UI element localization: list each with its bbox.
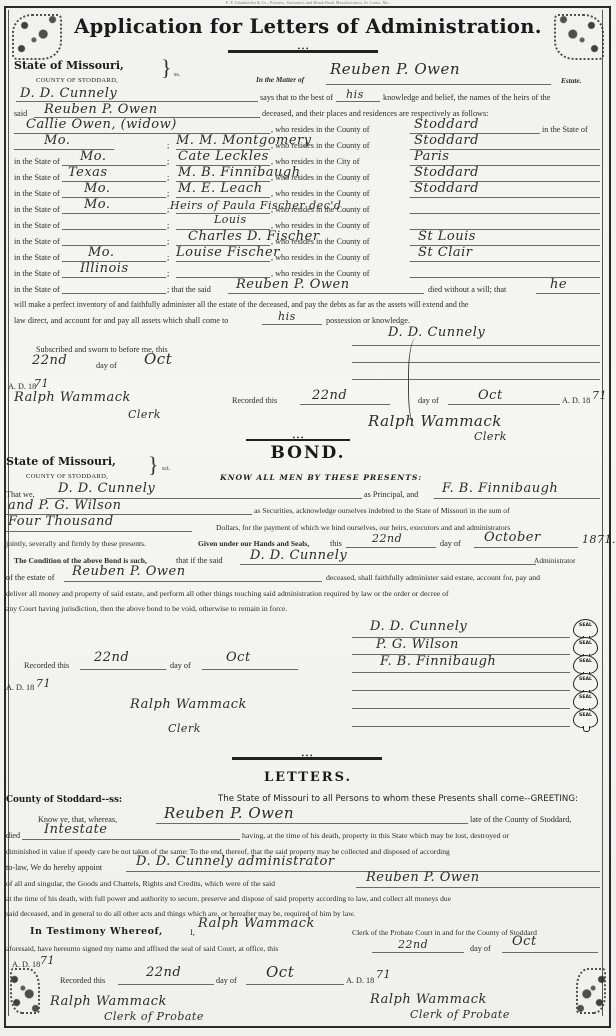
field-line bbox=[246, 984, 344, 985]
heir-state: Mo. bbox=[80, 149, 107, 164]
greeting-text: The State of Missouri to all Persons to … bbox=[218, 794, 578, 804]
pronoun-field-1: his bbox=[346, 88, 364, 101]
that-the-said: ; that the said bbox=[167, 285, 211, 294]
bond-recorded-year: 71 bbox=[36, 677, 51, 690]
testimony-i: I, bbox=[190, 928, 195, 937]
bond-year: 1871. bbox=[582, 533, 616, 546]
deliver-text: deliver all money and property of said e… bbox=[6, 589, 449, 598]
applicant-signature: D. D. Cunnely bbox=[388, 325, 485, 340]
bond-clerk-signature: Ralph Wammack bbox=[130, 697, 247, 712]
field-line bbox=[22, 839, 240, 840]
resides-county-text: , who resides in the County of bbox=[271, 253, 369, 262]
letters-recorded-label: Recorded this bbox=[60, 976, 105, 985]
knowledge-text: knowledge and belief, the names of the h… bbox=[383, 93, 550, 102]
testimony-clerk: Ralph Wammack bbox=[198, 916, 315, 931]
in-state-label: in the State of bbox=[14, 205, 60, 214]
in-state-label: in the State of bbox=[14, 285, 60, 294]
letters-recorded-day-of: day of bbox=[216, 976, 237, 985]
seal-icon: SEAL bbox=[573, 637, 598, 656]
field-line bbox=[300, 404, 390, 405]
letters-title: LETTERS. bbox=[0, 770, 616, 785]
field-line bbox=[62, 277, 166, 278]
aforesaid-text: aforesaid, have hereunto signed my name … bbox=[6, 944, 278, 953]
clerk-of-text: Clerk of the Probate Court in and for th… bbox=[352, 928, 537, 937]
in-state-label: in the State of bbox=[14, 269, 60, 278]
surety-1: F. B. Finnibaugh bbox=[442, 481, 558, 496]
heir-name: M. E. Leach bbox=[178, 181, 263, 196]
recorded-day: 22nd bbox=[312, 388, 347, 403]
matter-of-decedent: Reuben P. Owen bbox=[330, 60, 460, 78]
in-state-label: in the State of bbox=[14, 237, 60, 246]
securities-text: as Securities, acknowledge ourselves ind… bbox=[254, 506, 510, 515]
recorded-clerk-title: Clerk bbox=[474, 430, 507, 443]
application-county-label: COUNTY OF STODDARD, bbox=[36, 77, 118, 84]
testimony-day-of: day of bbox=[470, 944, 491, 953]
heir-name: Cate Leckles bbox=[178, 149, 269, 164]
in-state-label: in the State of bbox=[14, 253, 60, 262]
heir-name: Louise Fischer bbox=[176, 245, 280, 260]
bond-recorded-day-of: day of bbox=[170, 661, 191, 670]
field-line bbox=[228, 293, 424, 294]
bond-recorded-day: 22nd bbox=[94, 650, 129, 665]
ad-year: 71 bbox=[34, 377, 49, 390]
semicolon: ; bbox=[167, 253, 169, 262]
field-line bbox=[176, 261, 270, 262]
estate-name: Reuben P. Owen bbox=[72, 564, 186, 579]
section-divider bbox=[232, 757, 382, 760]
semicolon: ; bbox=[167, 173, 169, 182]
field-line bbox=[64, 581, 322, 582]
in-state-label: in the State of bbox=[14, 157, 60, 166]
field-line bbox=[410, 261, 600, 262]
bond-recorded-label: Recorded this bbox=[24, 661, 69, 670]
field-line bbox=[448, 404, 560, 405]
recorded-day-of: day of bbox=[418, 396, 439, 405]
letters-signature-right-title: Clerk of Probate bbox=[410, 1008, 510, 1021]
testimony-year: 71 bbox=[40, 954, 55, 967]
semicolon: ; bbox=[167, 205, 169, 214]
field-line bbox=[62, 213, 166, 214]
resides-county-text: , who resides in the County of bbox=[271, 205, 369, 214]
sct-label: sct. bbox=[162, 466, 170, 472]
semicolon: ; bbox=[167, 269, 169, 278]
late-of-text: late of the County of Stoddard, bbox=[470, 815, 571, 824]
principal-name: D. D. Cunnely bbox=[58, 481, 155, 496]
letters-signature-left-title: Clerk of Probate bbox=[104, 1010, 204, 1023]
recorded-clerk-signature: Ralph Wammack bbox=[368, 412, 502, 430]
field-line bbox=[126, 871, 600, 872]
signature-line bbox=[352, 726, 570, 727]
bond-day: 22nd bbox=[372, 532, 402, 545]
heir-state: Mo. bbox=[44, 133, 71, 148]
at-time-text: at the time of his death, with full powe… bbox=[6, 894, 451, 903]
seal-icon: SEAL bbox=[573, 691, 598, 710]
possession-text: possession or knowledge. bbox=[326, 316, 410, 325]
field-line bbox=[434, 498, 600, 499]
of-estate-label: of the estate of bbox=[6, 573, 54, 582]
recorded-month: Oct bbox=[478, 388, 503, 403]
field-line bbox=[62, 293, 166, 294]
field-line bbox=[536, 293, 600, 294]
letters-recorded-month: Oct bbox=[266, 963, 294, 981]
field-line bbox=[346, 547, 436, 548]
resides-county-text: , who resides in the County of bbox=[271, 189, 369, 198]
day-of-label: day of bbox=[440, 539, 461, 548]
signature-line bbox=[352, 345, 600, 346]
field-line bbox=[176, 197, 270, 198]
signature-line bbox=[352, 379, 600, 380]
ss-label: ss. bbox=[174, 72, 180, 78]
field-line bbox=[356, 887, 600, 888]
signature-line bbox=[352, 672, 570, 673]
field-line bbox=[202, 669, 298, 670]
testimony-day: 22nd bbox=[398, 938, 428, 951]
estate-label: Estate. bbox=[561, 76, 581, 85]
died-without-will: died without a will; that bbox=[428, 285, 506, 294]
signature-line bbox=[352, 708, 570, 709]
surety-2: and P. G. Wilson bbox=[8, 498, 121, 513]
letters-recorded-day: 22nd bbox=[146, 965, 181, 980]
corner-ornament-icon bbox=[570, 962, 612, 1020]
seal-icon: SEAL bbox=[573, 655, 598, 674]
field-line bbox=[62, 197, 166, 198]
field-line bbox=[62, 181, 166, 182]
testimony-label: In Testimony Whereof, bbox=[30, 926, 163, 937]
letters-recorded-year: 71 bbox=[376, 968, 391, 981]
field-line bbox=[326, 84, 551, 85]
bond-signature: D. D. Cunnely bbox=[370, 619, 467, 634]
signature-line bbox=[352, 362, 600, 363]
heir-county: Stoddard bbox=[414, 181, 479, 196]
bond-month: October bbox=[484, 530, 541, 545]
section-divider bbox=[246, 439, 350, 441]
decedent-name-3: Reuben P. Owen bbox=[236, 277, 350, 292]
know-all-men: KNOW ALL MEN BY THESE PRESENTS: bbox=[220, 473, 422, 482]
in-state-label: in the State of bbox=[14, 189, 60, 198]
semicolon: ; bbox=[167, 189, 169, 198]
field-line bbox=[6, 531, 192, 532]
this-label: this bbox=[330, 539, 342, 548]
testimony-ad-label: A. D. 18 bbox=[12, 960, 40, 969]
heir-county: St Louis bbox=[418, 229, 476, 244]
clerk-signature: Ralph Wammack bbox=[14, 390, 131, 405]
died-label: died bbox=[6, 831, 20, 840]
law-text: law direct, and account for and pay all … bbox=[14, 316, 228, 325]
seal-icon: SEAL bbox=[573, 709, 598, 728]
heir-county: Paris bbox=[414, 149, 449, 164]
seal-icon: SEAL bbox=[573, 673, 598, 692]
field-line bbox=[62, 229, 166, 230]
heir-county: St Clair bbox=[418, 245, 473, 260]
letters-decedent-name-2: Reuben P. Owen bbox=[366, 870, 480, 885]
heir-county: Stoddard bbox=[414, 117, 479, 132]
in-state-label: in the State of bbox=[14, 221, 60, 230]
testimony-month: Oct bbox=[512, 934, 537, 949]
pronoun-field-3: his bbox=[278, 310, 296, 323]
heir-state: Texas bbox=[68, 165, 108, 180]
heir-state: Illinois bbox=[80, 261, 129, 276]
heir-state: Mo. bbox=[84, 181, 111, 196]
field-line bbox=[410, 277, 600, 278]
administrator-name: D. D. Cunnely bbox=[250, 548, 347, 563]
given-under-text: Given under our Hands and Seals, bbox=[198, 539, 309, 548]
in-state-label: in the State of bbox=[542, 125, 588, 134]
field-line bbox=[262, 324, 322, 325]
heir-name: Callie Owen, (widow) bbox=[26, 117, 177, 132]
field-line bbox=[80, 669, 166, 670]
to-law-text: to-law, We do hereby appoint bbox=[6, 863, 102, 872]
semicolon: ; bbox=[167, 157, 169, 166]
resides-county-text: , who resides in the County of bbox=[271, 141, 369, 150]
recorded-ad-label: A. D. 18 bbox=[562, 396, 590, 405]
matter-of-label: In the Matter of bbox=[256, 75, 304, 84]
subscribed-day: 22nd bbox=[32, 353, 67, 368]
died-status: Intestate bbox=[44, 822, 108, 837]
field-line bbox=[410, 197, 600, 198]
bond-county-label: COUNTY OF STODDARD, bbox=[26, 473, 108, 480]
document-page: F. P. Chamberlin & Co., Printers, Statio… bbox=[0, 0, 616, 1036]
recorded-label: Recorded this bbox=[232, 396, 277, 405]
semicolon: ; bbox=[167, 141, 169, 150]
letters-signature-right: Ralph Wammack bbox=[370, 992, 487, 1007]
heir-name: Louis bbox=[214, 213, 247, 226]
signature-line bbox=[352, 690, 570, 691]
administrator-label: Administrator bbox=[534, 556, 575, 565]
semicolon: ; bbox=[167, 221, 169, 230]
bond-recorded-month: Oct bbox=[226, 650, 251, 665]
court-text: any Court having jurisdiction, then the … bbox=[6, 604, 287, 613]
field-line bbox=[372, 952, 464, 953]
deceased-text: deceased, shall faithfully administer sa… bbox=[326, 573, 540, 582]
bond-signature: F. B. Finnibaugh bbox=[380, 654, 496, 669]
seal-icon: SEAL bbox=[573, 619, 598, 638]
letters-county-label: County of Stoddard--ss: bbox=[6, 795, 122, 805]
inventory-text: will make a perfect inventory of and fai… bbox=[14, 300, 468, 309]
application-state-label: State of Missouri, bbox=[14, 59, 124, 72]
pronoun-field-2: he bbox=[550, 277, 567, 292]
recorded-year: 71 bbox=[592, 389, 607, 402]
as-principal: as Principal, and bbox=[364, 490, 418, 499]
resides-county-text: , who resides in the County of bbox=[271, 237, 369, 246]
resides-county-text: , who resides in the County of bbox=[271, 173, 369, 182]
field-line bbox=[410, 213, 600, 214]
heir-county: Stoddard bbox=[414, 165, 479, 180]
bond-amount: Four Thousand bbox=[8, 514, 114, 529]
clerk-title: Clerk bbox=[128, 408, 161, 421]
bond-state-label: State of Missouri, bbox=[6, 455, 116, 468]
applicant-name: D. D. Cunnely bbox=[20, 86, 117, 101]
field-line bbox=[336, 101, 380, 102]
field-line bbox=[240, 564, 536, 565]
field-line bbox=[502, 952, 598, 953]
letters-decedent-name: Reuben P. Owen bbox=[164, 804, 294, 822]
brace-icon: } bbox=[161, 57, 172, 79]
dollars-text: Dollars, for the payment of which we bin… bbox=[216, 523, 510, 532]
appointee: D. D. Cunnely administrator bbox=[136, 854, 335, 869]
title-rule bbox=[228, 50, 378, 53]
semicolon: ; bbox=[167, 237, 169, 246]
decedent-name-2: Reuben P. Owen bbox=[44, 102, 158, 117]
day-of-label: day of bbox=[96, 361, 117, 370]
in-state-label: in the State of bbox=[14, 173, 60, 182]
subscribed-month: Oct bbox=[144, 350, 172, 368]
having-text: having, at the time of his death, proper… bbox=[242, 831, 509, 840]
bond-signature: P. G. Wilson bbox=[376, 637, 459, 652]
letters-recorded-ad-label: A. D. 18 bbox=[346, 976, 374, 985]
says-text: says that to the best of bbox=[260, 93, 333, 102]
corner-ornament-icon bbox=[4, 962, 46, 1020]
of-all-text: of all and singular, the Goods and Chatt… bbox=[6, 879, 275, 888]
field-line bbox=[474, 547, 578, 548]
letters-signature-left: Ralph Wammack bbox=[50, 994, 167, 1009]
document-title: Application for Letters of Administratio… bbox=[0, 15, 616, 38]
heir-county: Stoddard bbox=[414, 133, 479, 148]
field-line bbox=[156, 823, 468, 824]
heir-state: Mo. bbox=[84, 197, 111, 212]
jointly-text: jointly, severally and firmly by these p… bbox=[6, 539, 146, 548]
field-line bbox=[118, 984, 214, 985]
heir-state: Mo. bbox=[88, 245, 115, 260]
bond-clerk-title: Clerk bbox=[168, 722, 201, 735]
bond-recorded-ad-label: A. D. 18 bbox=[6, 683, 34, 692]
brace-icon: } bbox=[148, 454, 159, 476]
